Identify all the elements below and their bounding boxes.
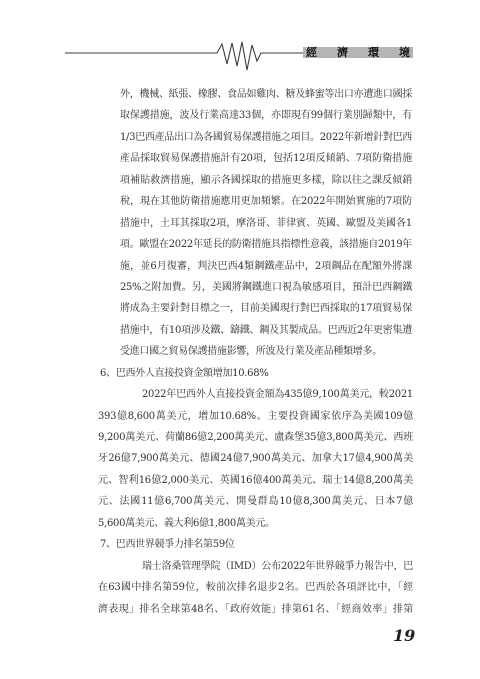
text-line: 元、智利16億2,000美元、英國16億400萬美元、瑞士14億8,200萬美 bbox=[98, 470, 413, 491]
text-line: 濟表現」排名全球第48名、「政府效能」排第61名、「經商效率」排第 bbox=[98, 599, 413, 620]
text-line: 項補貼救濟措施，顯示各國採取的措施更多樣，除以往之課反傾銷 bbox=[120, 170, 412, 191]
text-line: 項。歐盟在2022年延長的防衛措施具指標性意義，該措施自2019年實 bbox=[120, 234, 412, 255]
text-line: 2022年巴西外人直接投資金額為435億9,100萬美元，較2021年 bbox=[98, 384, 413, 405]
text-line: 產品採取貿易保護措施計有20項，包括12項反傾銷、7項防衛措施及1 bbox=[120, 148, 412, 169]
text-line: 9,200萬美元、荷蘭86億2,200萬美元、盧森堡35億3,800萬美元、西班 bbox=[98, 427, 413, 448]
item6-heading: 6、巴西外人直接投資金額增加10.68% bbox=[100, 363, 413, 384]
text-line: 稅，現在其他防衛措施應用更加頻繁。在2022年開始實施的7項防衛 bbox=[120, 191, 412, 212]
text-line: 外，機械、紙張、橡膠、食品如雞肉、糖及蜂蜜等出口亦遭進口國採 bbox=[120, 84, 412, 105]
header-rule-pulse-line bbox=[0, 0, 480, 80]
page-number: 19 bbox=[393, 626, 415, 645]
text-line: 受進口國之貿易保護措施影響，所波及行業及產品種類增多。 bbox=[120, 341, 412, 362]
paragraph-item7-competitiveness: 瑞士洛桑管理學院（IMD）公布2022年世界競爭力報告中，巴西在63國中排名第5… bbox=[98, 556, 413, 620]
header-section-label: 經 濟 環 境 bbox=[303, 47, 413, 58]
header-char: 濟 bbox=[337, 47, 348, 58]
text-line: 393億8,600萬美元，增加10.68%。主要投資國家依序為美國109億 bbox=[98, 406, 413, 427]
text-line: 措施中，有10項涉及鐵、鑄鐵、鋼及其製成品。巴西近2年更密集遭 bbox=[120, 320, 412, 341]
header-char: 經 bbox=[306, 47, 317, 58]
text-line: 在63國中排名第59位，較前次排名退步2名。巴西於各項評比中，「經 bbox=[98, 577, 413, 598]
text-line: 5,600萬美元、義大利6億1,800萬美元。 bbox=[98, 513, 413, 534]
header-char: 境 bbox=[399, 47, 410, 58]
text-line: 1/3巴西產品出口為各國貿易保護措施之項目。2022年新增針對巴西 bbox=[120, 127, 412, 148]
text-line: 牙26億7,900萬美元、德國24億7,900萬美元、加拿大17億4,900萬美 bbox=[98, 448, 413, 469]
text-line: 將成為主要針對目標之一，目前美國現行對巴西採取的17項貿易保護 bbox=[120, 298, 412, 319]
body-text-column: 外，機械、紙張、橡膠、食品如雞肉、糖及蜂蜜等出口亦遭進口國採取保護措施，波及行業… bbox=[98, 84, 413, 620]
paragraph-item5-continuation: 外，機械、紙張、橡膠、食品如雞肉、糖及蜂蜜等出口亦遭進口國採取保護措施，波及行業… bbox=[120, 84, 412, 363]
paragraph-item6-fdi: 2022年巴西外人直接投資金額為435億9,100萬美元，較2021年393億8… bbox=[98, 384, 413, 534]
document-page: 經 濟 環 境 外，機械、紙張、橡膠、食品如雞肉、糖及蜂蜜等出口亦遭進口國採取保… bbox=[0, 0, 480, 679]
text-line: 元、法國11億6,700萬美元、開曼群島10億8,300萬美元、日本7億 bbox=[98, 491, 413, 512]
header-char: 環 bbox=[368, 47, 379, 58]
text-line: 25%之附加費。另，美國將鋼鐵進口視為敏感項目，預計巴西鋼鐵業 bbox=[120, 277, 412, 298]
item7-heading: 7、巴西世界競爭力排名第59位 bbox=[100, 534, 413, 555]
text-line: 取保護措施，波及行業高達33個，亦即現有99個行業別歸類中，有 bbox=[120, 105, 412, 126]
text-line: 瑞士洛桑管理學院（IMD）公布2022年世界競爭力報告中，巴西 bbox=[98, 556, 413, 577]
text-line: 措施中，土耳其採取2項，摩洛哥、菲律賓、英國、歐盟及美國各1 bbox=[120, 213, 412, 234]
text-line: 施，並6月復審，判決巴西4類鋼鐵產品中，2項鋼品在配額外將課 bbox=[120, 256, 412, 277]
